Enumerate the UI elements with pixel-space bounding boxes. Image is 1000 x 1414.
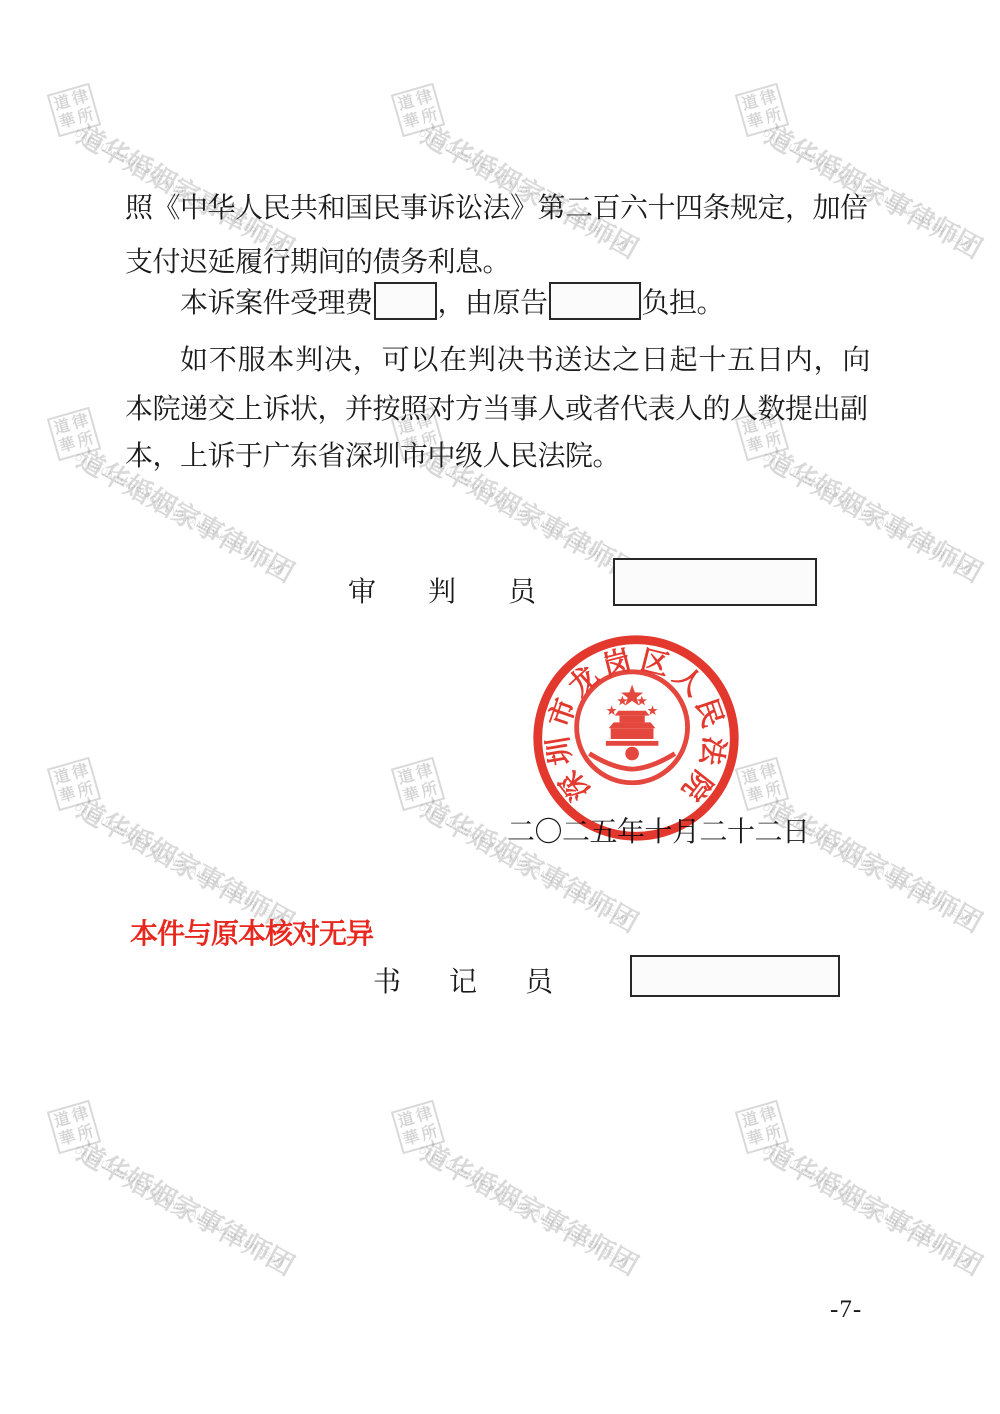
seal-logo-char: 道 [52,768,72,788]
fee-suffix-text: 负担。 [642,281,725,321]
seal-logo-char: 華 [746,112,766,132]
seal-logo-char: 律 [415,88,435,108]
seal-logo-char: 道 [396,768,416,788]
label-char: 员 [525,960,553,1000]
seal-logo-char: 道 [396,1111,416,1131]
body-line-1: 照《中华人民共和国民事诉讼法》第二百六十四条规定，加倍 [125,186,868,226]
seal-logo-char: 律 [71,88,91,108]
watermark: 道律華所 道华婚姻家事律师团 DAOHUA MARRIAGE AND FAMIL… [740,412,1000,682]
seal-logo-char: 律 [71,762,91,782]
seal-logo-char: 律 [759,88,779,108]
body-line-2: 支付迟延履行期间的债务利息。 [125,240,510,280]
watermark: 道律華所 道华婚姻家事律师团 DAOHUA MARRIAGE AND FAMIL… [52,762,422,1032]
watermark-en-text: DAOHUA MARRIAGE AND FAMILY LAWYER TEAM [73,1145,286,1270]
plaintiff-name-blank-box [549,282,641,320]
seal-logo-char: 華 [402,1129,422,1149]
svg-text:圳: 圳 [542,734,578,767]
watermark-en-text: DAOHUA MARRIAGE AND FAMILY LAWYER TEAM [73,802,286,927]
fee-middle-text: ，由原告 [438,281,548,321]
seal-logo-char: 華 [746,436,766,456]
fee-prefix-text: 本诉案件受理费 [180,281,373,321]
watermark-en-text: DAOHUA MARRIAGE AND FAMILY LAWYER TEAM [417,1145,630,1270]
fee-amount-blank-box [374,282,437,320]
seal-logo-char: 華 [58,786,78,806]
seal-logo-char: 律 [415,1105,435,1125]
judgment-page: 道律華所 道华婚姻家事律师团 DAOHUA MARRIAGE AND FAMIL… [0,0,1000,1414]
seal-logo-char: 律 [71,1105,91,1125]
seal-logo-char: 道 [740,94,760,114]
seal-logo-char: 道 [740,1111,760,1131]
body-line-6: 本，上诉于广东省深圳市中级人民法院。 [125,434,620,474]
seal-logo-char: 律 [759,762,779,782]
judge-name-blank-box [613,558,817,606]
seal-logo-char: 道 [52,418,72,438]
seal-logo-char: 華 [746,1129,766,1149]
judge-label: 审判员 [348,570,536,610]
label-char: 员 [508,570,536,610]
fee-line: 本诉案件受理费，由原告负担。 [180,281,724,321]
seal-logo-char: 華 [746,786,766,806]
seal-logo-char: 華 [58,112,78,132]
seal-logo-char: 華 [58,1129,78,1149]
seal-logo-char: 道 [740,768,760,788]
watermark: 道律華所 道华婚姻家事律师团 DAOHUA MARRIAGE AND FAMIL… [740,1105,1000,1375]
clerk-name-blank-box [630,955,840,997]
seal-logo-char: 道 [52,94,72,114]
svg-text:法: 法 [694,734,730,768]
seal-logo-char: 道 [52,1111,72,1131]
label-char: 书 [373,960,401,1000]
page-number: -7- [830,1296,862,1324]
watermark: 道律華所 道华婚姻家事律师团 DAOHUA MARRIAGE AND FAMIL… [396,1105,766,1375]
seal-logo-char: 華 [402,112,422,132]
seal-logo-char: 律 [415,762,435,782]
court-seal: 深圳市龙岗区人民法院 [529,631,743,845]
seal-logo-char: 華 [402,786,422,806]
label-char: 审 [348,570,376,610]
verification-note: 本件与原本核对无异 [130,912,373,952]
national-emblem-icon [577,672,688,783]
watermark-en-text: DAOHUA MARRIAGE AND FAMILY LAWYER TEAM [761,1145,974,1270]
body-line-5: 本院递交上诉状，并按照对方当事人或者代表人的人数提出副 [125,387,868,427]
seal-logo-char: 律 [759,1105,779,1125]
seal-logo-char: 華 [58,436,78,456]
label-char: 判 [428,570,456,610]
seal-logo-char: 律 [71,412,91,432]
seal-logo-char: 道 [396,94,416,114]
body-line-4: 如不服本判决，可以在判决书送达之日起十五日内，向 [180,338,871,378]
clerk-label: 书记员 [373,960,553,1000]
label-char: 记 [449,960,477,1000]
watermark: 道律華所 道华婚姻家事律师团 DAOHUA MARRIAGE AND FAMIL… [52,1105,422,1375]
